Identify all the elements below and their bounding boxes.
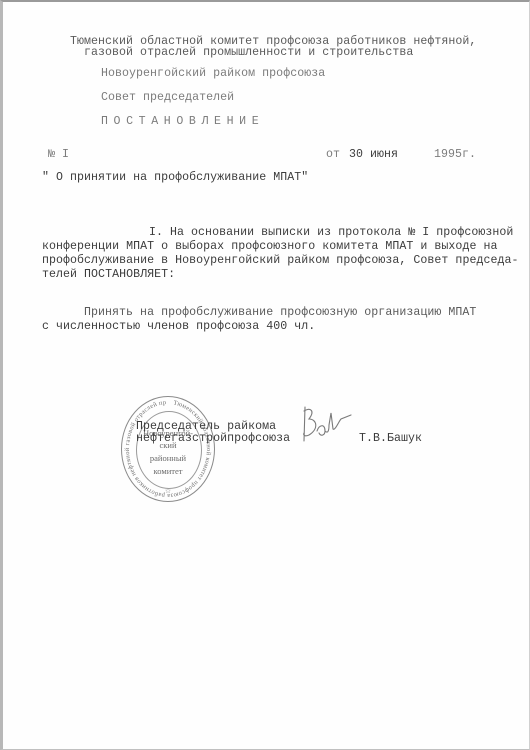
header-council: Совет председателей — [101, 91, 234, 105]
body-para1-line4: телей ПОСТАНОВЛЯЕТ: — [42, 268, 175, 282]
stamp-center-line4: комитет — [140, 466, 196, 476]
document-date: 30 июня — [349, 148, 398, 162]
date-prefix: от — [326, 148, 340, 162]
body-para1-line2: конференции МПАТ о выборах профсоюзного … — [42, 240, 497, 254]
document-page: Тюменский областной комитет профсоюза ра… — [0, 0, 530, 750]
official-stamp: Тюменский областной комитет профсоюза ра… — [121, 396, 215, 502]
stamp-center-line3: районный — [140, 453, 196, 463]
document-number: № I — [48, 148, 69, 162]
handwritten-signature-icon — [295, 399, 355, 449]
header-committee-line2: газовой отраслей промышленности и строит… — [84, 46, 413, 60]
body-para1-line1: I. На основании выписки из протокола № I… — [149, 226, 513, 240]
signatory-name: Т.В.Башук — [359, 432, 422, 446]
header-org: Новоуренгойский райком профсоюза — [101, 67, 325, 81]
document-year: 1995г. — [434, 148, 476, 162]
body-para2-line2: с численностью членов профсоюза 400 чл. — [42, 320, 315, 334]
document-subject: " О принятии на профобслуживание МПАТ" — [42, 171, 308, 185]
document-type-title: ПОСТАНОВЛЕНИЕ — [101, 115, 264, 129]
body-para2-line1: Принять на профобслуживание профсоюзную … — [84, 306, 476, 320]
signatory-title-line2: нефтегазстройпрофсоюза — [136, 432, 290, 446]
body-para1-line3: профобслуживание в Новоуренгойский райко… — [42, 254, 519, 268]
